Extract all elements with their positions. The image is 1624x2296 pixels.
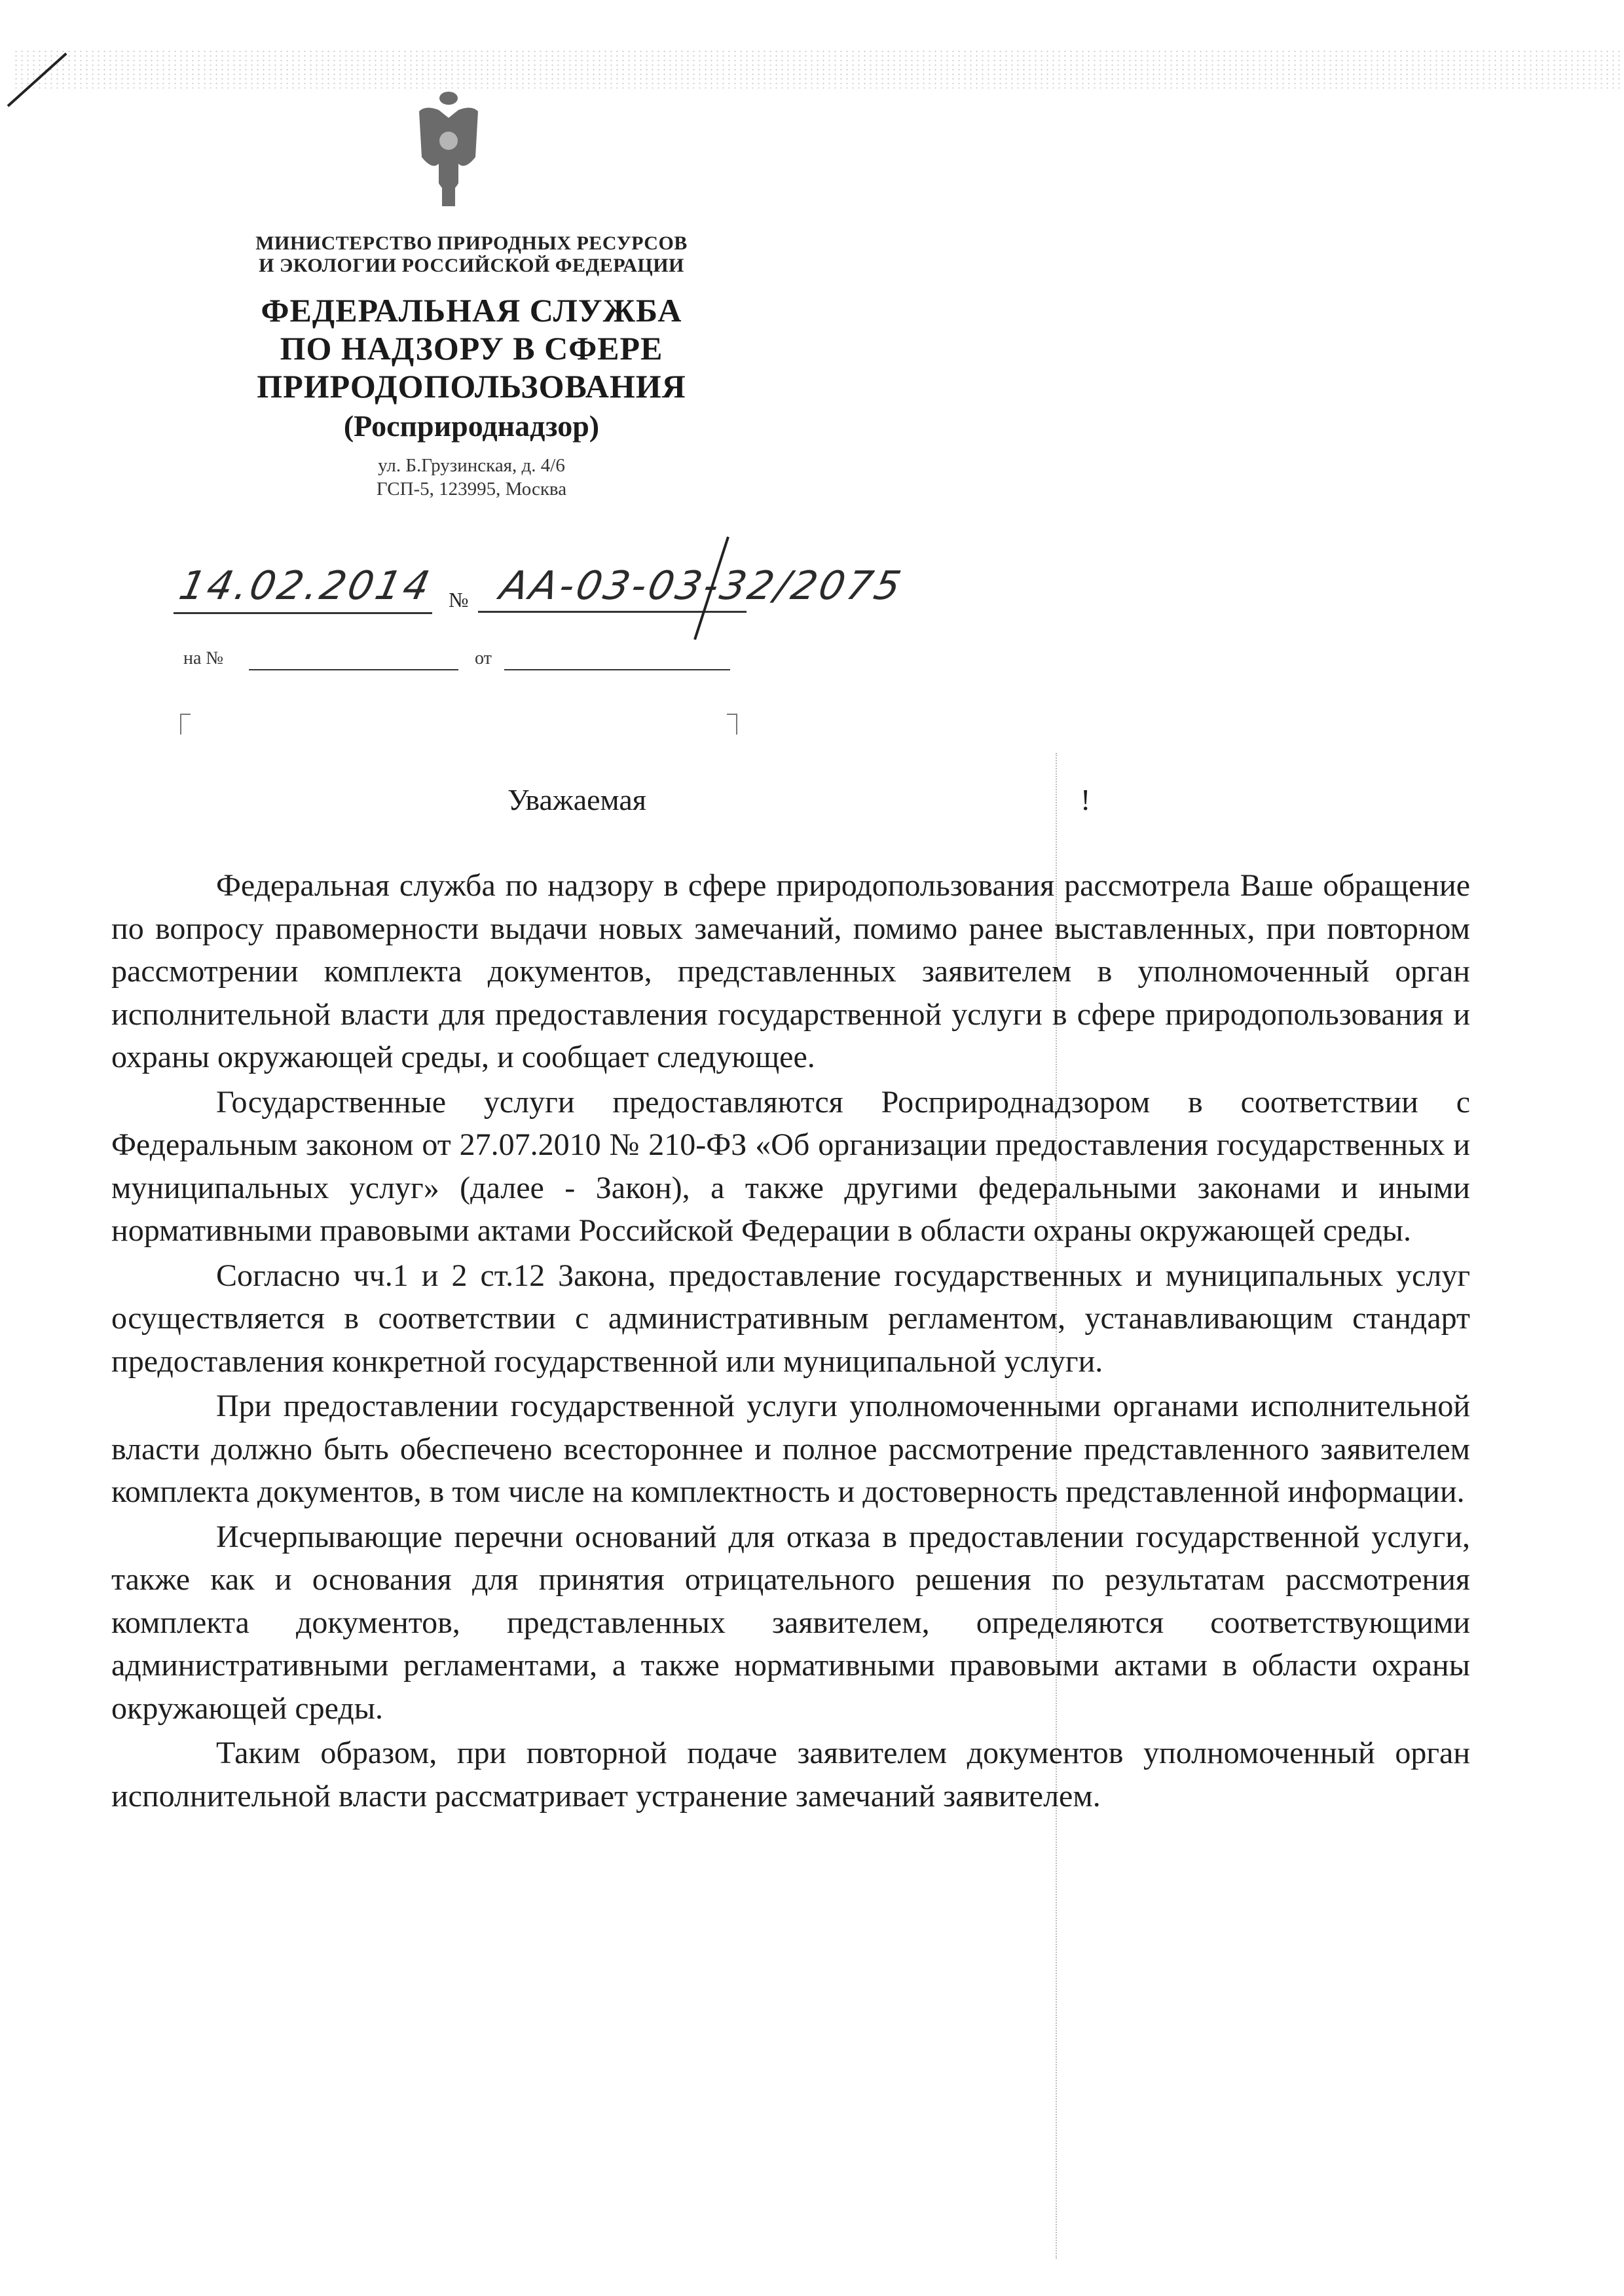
salutation-end: ! (1080, 782, 1090, 817)
address-line2: ГСП-5, 123995, Москва (210, 477, 733, 501)
number-underline (478, 611, 747, 613)
scan-noise-band (13, 49, 1624, 88)
from-underline (504, 669, 730, 670)
paragraph-1: Федеральная служба по надзору в сфере пр… (111, 864, 1470, 1079)
date-underline (174, 612, 432, 614)
paragraph-2: Государственные услуги предоставляются Р… (111, 1081, 1470, 1252)
address-bracket-right (727, 714, 737, 735)
from-label: от (475, 648, 492, 669)
paragraph-6: Таким образом, при повторной подаче заяв… (111, 1732, 1470, 1817)
letterhead: МИНИСТЕРСТВО ПРИРОДНЫХ РЕСУРСОВ И ЭКОЛОГ… (210, 232, 733, 501)
registration-row: 14.02.2014 № АА-03-03-32/2075 (174, 563, 959, 629)
service-name-line3: ПРИРОДОПОЛЬЗОВАНИЯ (210, 367, 733, 405)
reference-row: на № от (183, 648, 773, 681)
address: ул. Б.Грузинская, д. 4/6 ГСП-5, 123995, … (210, 454, 733, 501)
reply-to-underline (249, 669, 458, 670)
paragraph-4: При предоставлении государственной услуг… (111, 1385, 1470, 1514)
registration-date: 14.02.2014 (175, 563, 436, 609)
letter-body: Федеральная служба по надзору в сфере пр… (111, 864, 1470, 1819)
number-label: № (449, 588, 469, 612)
ministry-name-line2: И ЭКОЛОГИИ РОССИЙСКОЙ ФЕДЕРАЦИИ (210, 255, 733, 277)
service-name: ФЕДЕРАЛЬНАЯ СЛУЖБА ПО НАДЗОРУ В СФЕРЕ ПР… (210, 291, 733, 405)
salutation: Уважаемая (507, 782, 646, 817)
ministry-name-line1: МИНИСТЕРСТВО ПРИРОДНЫХ РЕСУРСОВ (210, 232, 733, 255)
address-bracket-left (180, 714, 191, 735)
service-name-line2: ПО НАДЗОРУ В СФЕРЕ (210, 329, 733, 367)
coat-of-arms-icon (413, 85, 485, 210)
service-name-line1: ФЕДЕРАЛЬНАЯ СЛУЖБА (210, 291, 733, 329)
paragraph-5: Исчерпывающие перечни оснований для отка… (111, 1516, 1470, 1730)
paragraph-3: Согласно чч.1 и 2 ст.12 Закона, предоста… (111, 1254, 1470, 1383)
service-abbreviation: (Росприроднадзор) (210, 408, 733, 445)
address-line1: ул. Б.Грузинская, д. 4/6 (210, 454, 733, 477)
registration-number: АА-03-03-32/2075 (496, 563, 908, 609)
reply-to-label: на № (183, 648, 223, 669)
